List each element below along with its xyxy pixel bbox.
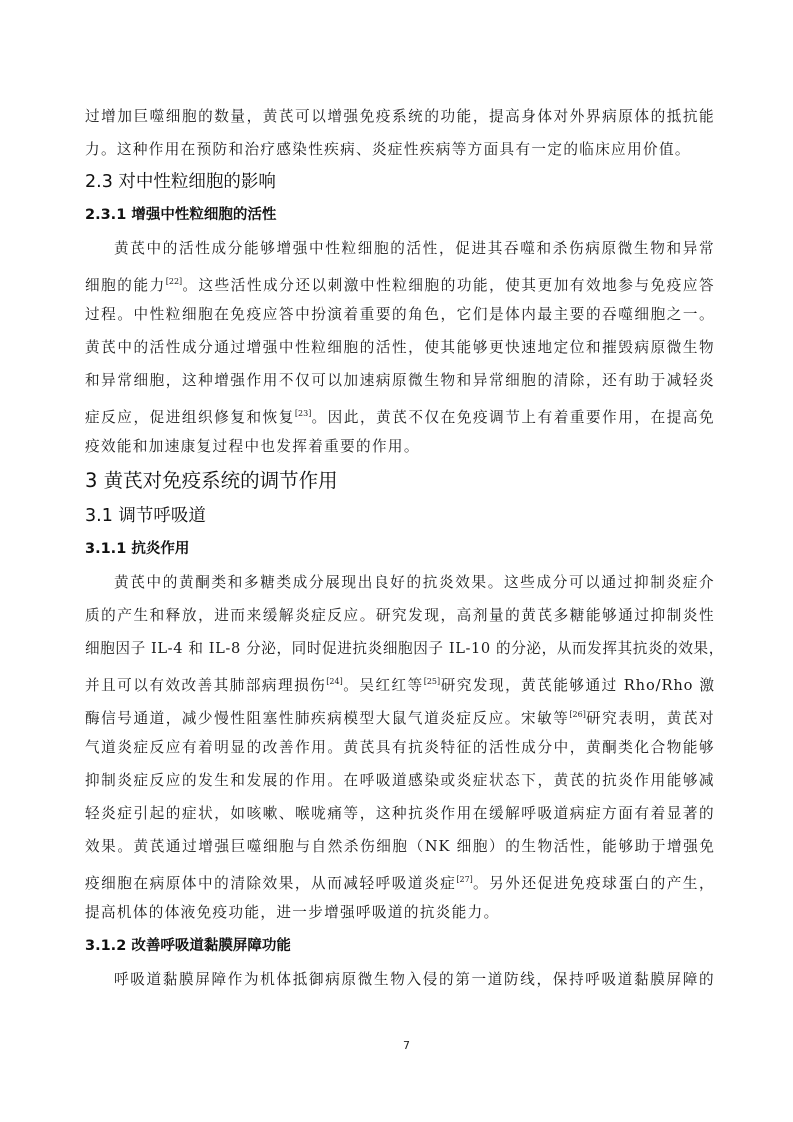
text-line: 过增加巨噬细胞的数量，黄芪可以增强免疫系统的功能，提高身体对外界病原体的抵抗能 <box>85 107 715 127</box>
citation: [22] <box>166 277 182 286</box>
text-line: 提高机体的体液免疫功能，进一步增强呼吸道的抗炎能力。 <box>85 903 715 923</box>
text-line: 症反应，促进组织修复和恢复[23]。因此，黄芪不仅在免疫调节上有着重要作用，在提… <box>85 404 715 428</box>
text-line: 酶信号通道，减少慢性阻塞性肺疾病模型大鼠气道炎症反应。宋敏等[26]研究表明，黄… <box>85 705 715 729</box>
text-line: 黄芪中的活性成分通过增强中性粒细胞的活性，使其能够更快速地定位和摧毁病原微生物 <box>85 338 715 358</box>
citation: [26] <box>569 710 585 719</box>
document-page: 过增加巨噬细胞的数量，黄芪可以增强免疫系统的功能，提高身体对外界病原体的抵抗能 … <box>0 0 793 1122</box>
text-line: 气道炎症反应有着明显的改善作用。黄芪具有抗炎特征的活性成分中，黄酮类化合物能够 <box>85 738 715 758</box>
subsection-heading-3-1-1: 3.1.1 抗炎作用 <box>85 539 189 559</box>
text-line: 和异常细胞，这种增强作用不仅可以加速病原微生物和异常细胞的清除，还有助于减轻炎 <box>85 371 715 391</box>
chapter-heading-3: 3 黄芪对免疫系统的调节作用 <box>85 469 338 493</box>
citation: [23] <box>295 409 311 418</box>
text-line: 过程。中性粒细胞在免疫应答中扮演着重要的角色，它们是体内最主要的吞噬细胞之一。 <box>85 305 715 325</box>
section-heading-2-3: 2.3 对中性粒细胞的影响 <box>85 171 276 193</box>
text-line: 呼吸道黏膜屏障作为机体抵御病原微生物入侵的第一道防线，保持呼吸道黏膜屏障的 <box>114 970 715 990</box>
text-line: 黄芪中的黄酮类和多糖类成分展现出良好的抗炎效果。这些成分可以通过抑制炎症介 <box>114 573 715 593</box>
text-line: 黄芪中的活性成分能够增强中性粒细胞的活性，促进其吞噬和杀伤病原微生物和异常 <box>114 239 715 259</box>
text-line: 轻炎症引起的症状，如咳嗽、喉咙痛等，这种抗炎作用在缓解呼吸道病症方面有着显著的 <box>85 804 715 824</box>
text-line: 力。这种作用在预防和治疗感染性疾病、炎症性疾病等方面具有一定的临床应用价值。 <box>85 140 715 160</box>
page-number: 7 <box>403 1039 410 1052</box>
text-line: 疫效能和加速康复过程中也发挥着重要的作用。 <box>85 437 715 457</box>
text-line: 细胞因子 IL-4 和 IL-8 分泌，同时促进抗炎细胞因子 IL-10 的分泌… <box>85 639 715 659</box>
text-line: 抑制炎症反应的发生和发展的作用。在呼吸道感染或炎症状态下，黄芪的抗炎作用能够减 <box>85 771 715 791</box>
section-heading-3-1: 3.1 调节呼吸道 <box>85 505 206 527</box>
text-line: 疫细胞在病原体中的清除效果，从而减轻呼吸道炎症[27]。另外还促进免疫球蛋白的产… <box>85 870 715 894</box>
subsection-heading-3-1-2: 3.1.2 改善呼吸道黏膜屏障功能 <box>85 936 291 956</box>
subsection-heading-2-3-1: 2.3.1 增强中性粒细胞的活性 <box>85 205 276 225</box>
text-line: 并且可以有效改善其肺部病理损伤[24]。吴红红等[25]研究发现，黄芪能够通过 … <box>85 672 715 696</box>
citation: [25] <box>424 677 440 686</box>
text-line: 细胞的能力[22]。这些活性成分还以刺激中性粒细胞的功能，使其更加有效地参与免疫… <box>85 272 715 296</box>
text-line: 质的产生和释放，进而来缓解炎症反应。研究发现，高剂量的黄芪多糖能够通过抑制炎性 <box>85 606 715 626</box>
citation: [24] <box>326 677 342 686</box>
text-line: 效果。黄芪通过增强巨噬细胞与自然杀伤细胞（NK 细胞）的生物活性，能够助于增强免 <box>85 837 715 857</box>
citation: [27] <box>456 875 472 884</box>
